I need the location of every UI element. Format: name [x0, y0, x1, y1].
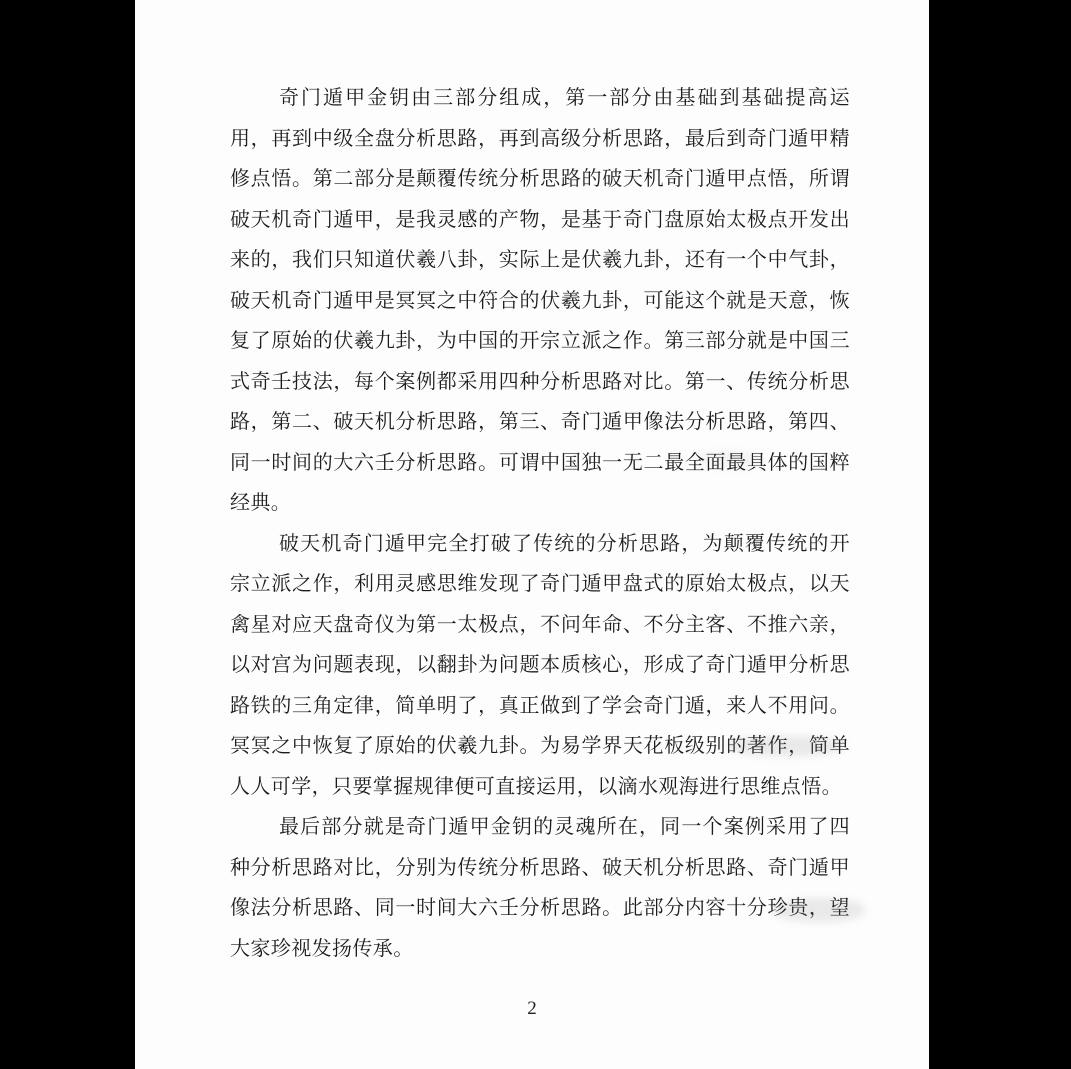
ink-bleed-smudge — [695, 452, 765, 468]
paragraph-potianji: 破天机奇门遁甲完全打破了传统的分析思路，为颠覆传统的开宗立派之作，利用灵感思维发… — [230, 524, 850, 808]
page-number: 2 — [135, 998, 929, 1020]
body-text: 奇门遁甲金钥由三部分组成，第一部分由基础到基础提高运用，再到中级全盘分析思路，再… — [230, 78, 850, 969]
ink-bleed-smudge — [773, 898, 865, 922]
paragraph-final-part: 最后部分就是奇门遁甲金钥的灵魂所在，同一个案例采用了四种分析思路对比，分别为传统… — [230, 807, 850, 969]
right-black-margin — [929, 0, 1071, 1069]
left-black-margin — [0, 0, 135, 1069]
ink-bleed-smudge — [727, 736, 845, 756]
document-page: 奇门遁甲金钥由三部分组成，第一部分由基础到基础提高运用，再到中级全盘分析思路，再… — [135, 0, 929, 1069]
scanned-document-view: 奇门遁甲金钥由三部分组成，第一部分由基础到基础提高运用，再到中级全盘分析思路，再… — [0, 0, 1071, 1069]
